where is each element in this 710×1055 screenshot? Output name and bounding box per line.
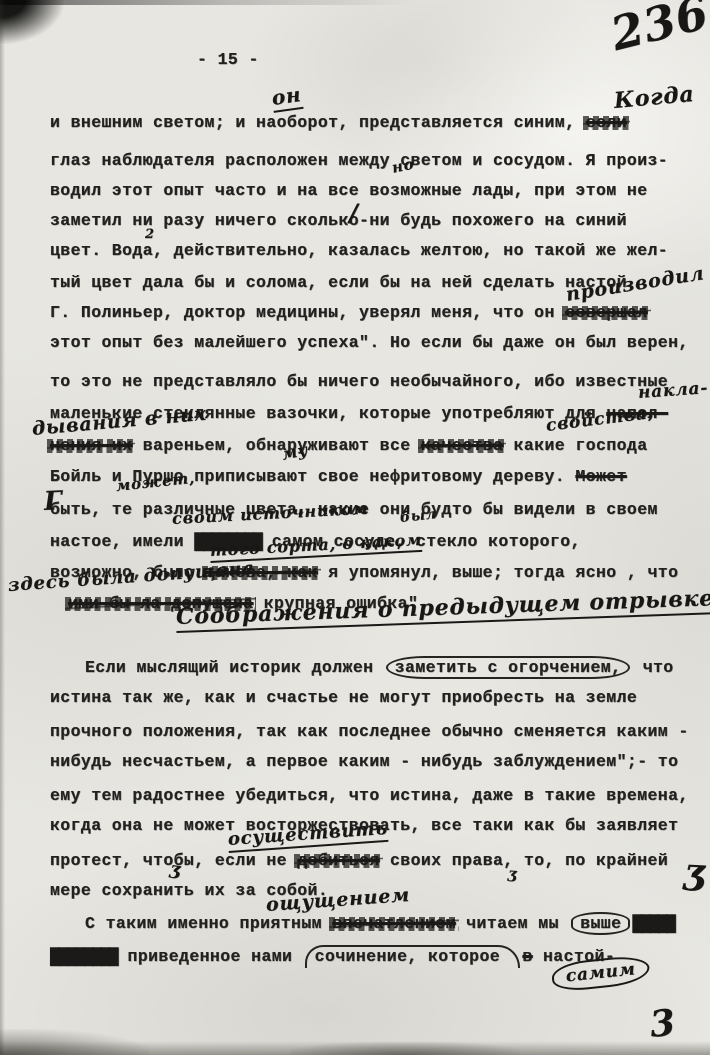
typed-text: приведенное нами bbox=[117, 947, 302, 966]
typed-text: тый цвет дала бы и солома, если бы на не… bbox=[50, 273, 627, 292]
handwritten-note: он bbox=[270, 82, 303, 113]
typed-line: Г. Полиньер, доктор медицины, уверял мен… bbox=[50, 303, 648, 322]
struck-text: Может bbox=[575, 467, 627, 486]
typed-text: настое, имели bbox=[50, 532, 194, 551]
typed-text: прочного положения, так как последнее об… bbox=[50, 722, 689, 741]
typed-text: заметил ни разу ничего сколько-ни будь п… bbox=[50, 211, 627, 230]
scan-stain-top-left bbox=[0, 0, 64, 44]
blackout-text: ████████ bbox=[50, 947, 117, 966]
struck-text: в bbox=[522, 947, 532, 966]
blackout-text: █████ bbox=[632, 914, 674, 933]
typed-line: этот опыт без малейшего успеха". Но если… bbox=[50, 333, 689, 352]
typed-text: цвет. Вода, действительно, казалась желт… bbox=[50, 241, 668, 260]
scribbled-out-text: совершал bbox=[565, 303, 647, 322]
circled-text: выше bbox=[571, 912, 630, 935]
typed-line: то это не представляло бы ничего необыча… bbox=[50, 372, 668, 391]
typed-line: нибудь несчастьем, а первое каким - нибу… bbox=[50, 752, 678, 771]
typed-line: тый цвет дала бы и солома, если бы на не… bbox=[50, 273, 627, 292]
typed-text: вареньем, обнаруживают все bbox=[132, 436, 420, 455]
handwritten-note: производил bbox=[564, 262, 706, 306]
handwritten-note: Соображения о предыдущем отрывке. bbox=[175, 585, 710, 633]
typed-line: ему тем радостнее убедиться, что истина,… bbox=[50, 786, 689, 805]
typed-text: этот опыт без малейшего успеха". Но если… bbox=[50, 333, 689, 352]
typed-text: нибудь несчастьем, а первое каким - нибу… bbox=[50, 752, 678, 771]
scan-stain-bottom-center bbox=[290, 1042, 520, 1055]
typed-text: Г. Полиньер, доктор медицины, уверял мен… bbox=[50, 303, 565, 322]
scribbled-out-text: нения их bbox=[50, 436, 132, 455]
scribbled-out-text: если bbox=[586, 113, 627, 132]
typed-line: прочного положения, так как последнее об… bbox=[50, 722, 689, 741]
page-number: - 15 - bbox=[197, 50, 259, 69]
typed-text: глаз наблюдателя расположен между светом… bbox=[50, 151, 668, 170]
typed-text: я упомянул, выше; тогда ясно , что bbox=[318, 563, 679, 582]
scribbled-out-text: качества bbox=[421, 436, 503, 455]
typed-text: ему тем радостнее убедиться, что истина,… bbox=[50, 786, 689, 805]
scribbled-out-text: добиться bbox=[297, 851, 379, 870]
typed-text: истина так же, как и счастье не могут пр… bbox=[50, 688, 637, 707]
handwritten-note: но bbox=[390, 155, 416, 177]
handwritten-note: 3 bbox=[648, 1001, 678, 1045]
scan-edge-bottom bbox=[0, 1041, 710, 1055]
looped-text: сочинение, которое bbox=[305, 945, 521, 968]
handwritten-note: му bbox=[280, 440, 310, 464]
scan-edge-left bbox=[0, 0, 5, 1055]
circled-text: заметить с огорчением, bbox=[386, 656, 631, 679]
typed-text: и внешним светом; и наоборот, представля… bbox=[50, 113, 586, 132]
handwritten-note: ʒ bbox=[507, 864, 518, 883]
typed-line: нения их вареньем, обнаруживают все каче… bbox=[50, 436, 648, 455]
typed-line: цвет. Вода, действительно, казалась желт… bbox=[50, 241, 668, 260]
handwritten-note: накла- bbox=[637, 378, 708, 403]
typed-text: своих права, то, по крайней bbox=[380, 851, 668, 870]
handwritten-note: ∕ bbox=[349, 198, 359, 227]
scan-stain-bottom-left bbox=[0, 1029, 150, 1055]
typed-text: С таким именно приятным bbox=[85, 914, 332, 933]
typed-line: С таким именно приятным впечатлением чит… bbox=[85, 912, 674, 935]
handwritten-note: 236 bbox=[605, 0, 710, 61]
typed-text: какие господа bbox=[503, 436, 647, 455]
typed-line: глаз наблюдателя расположен между светом… bbox=[50, 151, 668, 170]
typed-line: истина так же, как и счастье не могут пр… bbox=[50, 688, 637, 707]
document-page: - 15 - и внешним светом; и наоборот, пре… bbox=[0, 0, 710, 1055]
typed-line: Если мыслящий историк должен заметить с … bbox=[85, 656, 674, 679]
handwritten-note: 2 bbox=[145, 227, 155, 242]
scan-edge-top bbox=[0, 0, 412, 5]
typed-text: читаем мы bbox=[456, 914, 569, 933]
handwritten-note: Когда bbox=[613, 81, 696, 114]
typed-line: заметил ни разу ничего сколько-ни будь п… bbox=[50, 211, 627, 230]
handwritten-note: был bbox=[399, 506, 437, 526]
typed-line: и внешним светом; и наоборот, представля… bbox=[50, 113, 627, 132]
typed-line: протест, чтобы, если не добиться своих п… bbox=[50, 851, 668, 870]
typed-text: то это не представляло бы ничего необыча… bbox=[50, 372, 668, 391]
typed-line: ████████ приведенное нами сочинение, кот… bbox=[50, 945, 615, 968]
typed-text: Если мыслящий историк должен bbox=[85, 658, 384, 677]
typed-text: что bbox=[632, 658, 673, 677]
handwritten-note: ʒ bbox=[169, 858, 183, 880]
handwritten-note: Г bbox=[43, 486, 63, 517]
handwritten-note: ʒ bbox=[683, 850, 706, 893]
scribbled-out-text: впечатлением bbox=[332, 914, 456, 933]
